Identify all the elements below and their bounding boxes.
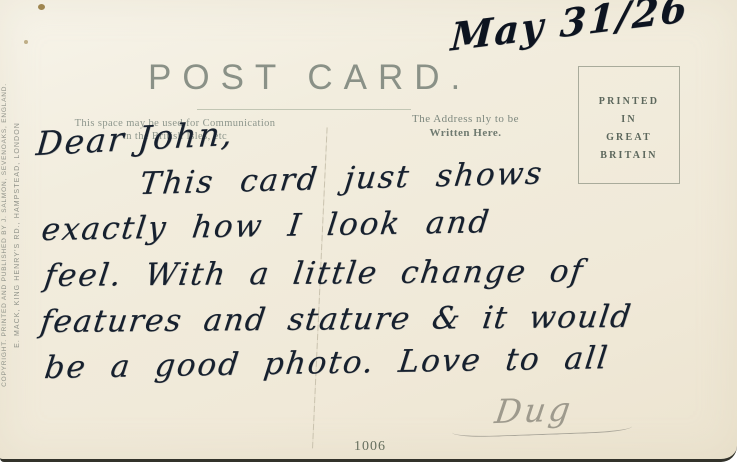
postcard: POST CARD. May 31/26 PRINTED IN GREAT BR… bbox=[0, 0, 737, 462]
postcard-scan: POST CARD. May 31/26 PRINTED IN GREAT BR… bbox=[0, 0, 737, 476]
message-line: exactly how I look and bbox=[40, 204, 493, 248]
imprint-line1: COPYRIGHT. PRINTED AND PUBLISHED BY J. S… bbox=[0, 70, 11, 400]
stain-spot bbox=[38, 4, 45, 10]
signature-flourish bbox=[452, 421, 632, 438]
postcard-title: POST CARD. bbox=[148, 58, 448, 98]
serial-number: 1006 bbox=[330, 439, 410, 455]
stamp-box-line: PRINTED bbox=[599, 96, 659, 107]
printed-in-great-britain-box: PRINTED IN GREAT BRITAIN bbox=[578, 66, 680, 184]
stain-spot bbox=[24, 40, 28, 44]
stamp-box-line: IN bbox=[621, 114, 637, 125]
message-line: be a good photo. Love to all bbox=[43, 340, 612, 386]
message-line: This card just shows bbox=[138, 155, 545, 202]
message-line: features and stature & it would bbox=[38, 299, 634, 340]
address-note: The Address nly to be Written Here. bbox=[378, 112, 553, 140]
address-note-line1: The Address nly to be bbox=[378, 112, 553, 126]
publisher-imprint: COPYRIGHT. PRINTED AND PUBLISHED BY J. S… bbox=[0, 70, 25, 400]
stamp-box-line: GREAT bbox=[606, 132, 652, 143]
address-note-line2: Written Here. bbox=[378, 126, 553, 140]
imprint-line2: E. MACK, KING HENRY'S RD., HAMPSTEAD, LO… bbox=[11, 70, 24, 400]
title-underline bbox=[197, 109, 411, 110]
message-line: feel. With a little change of bbox=[42, 253, 586, 294]
handwritten-date: May 31/26 bbox=[450, 0, 690, 60]
stamp-box-line: BRITAIN bbox=[600, 150, 657, 161]
